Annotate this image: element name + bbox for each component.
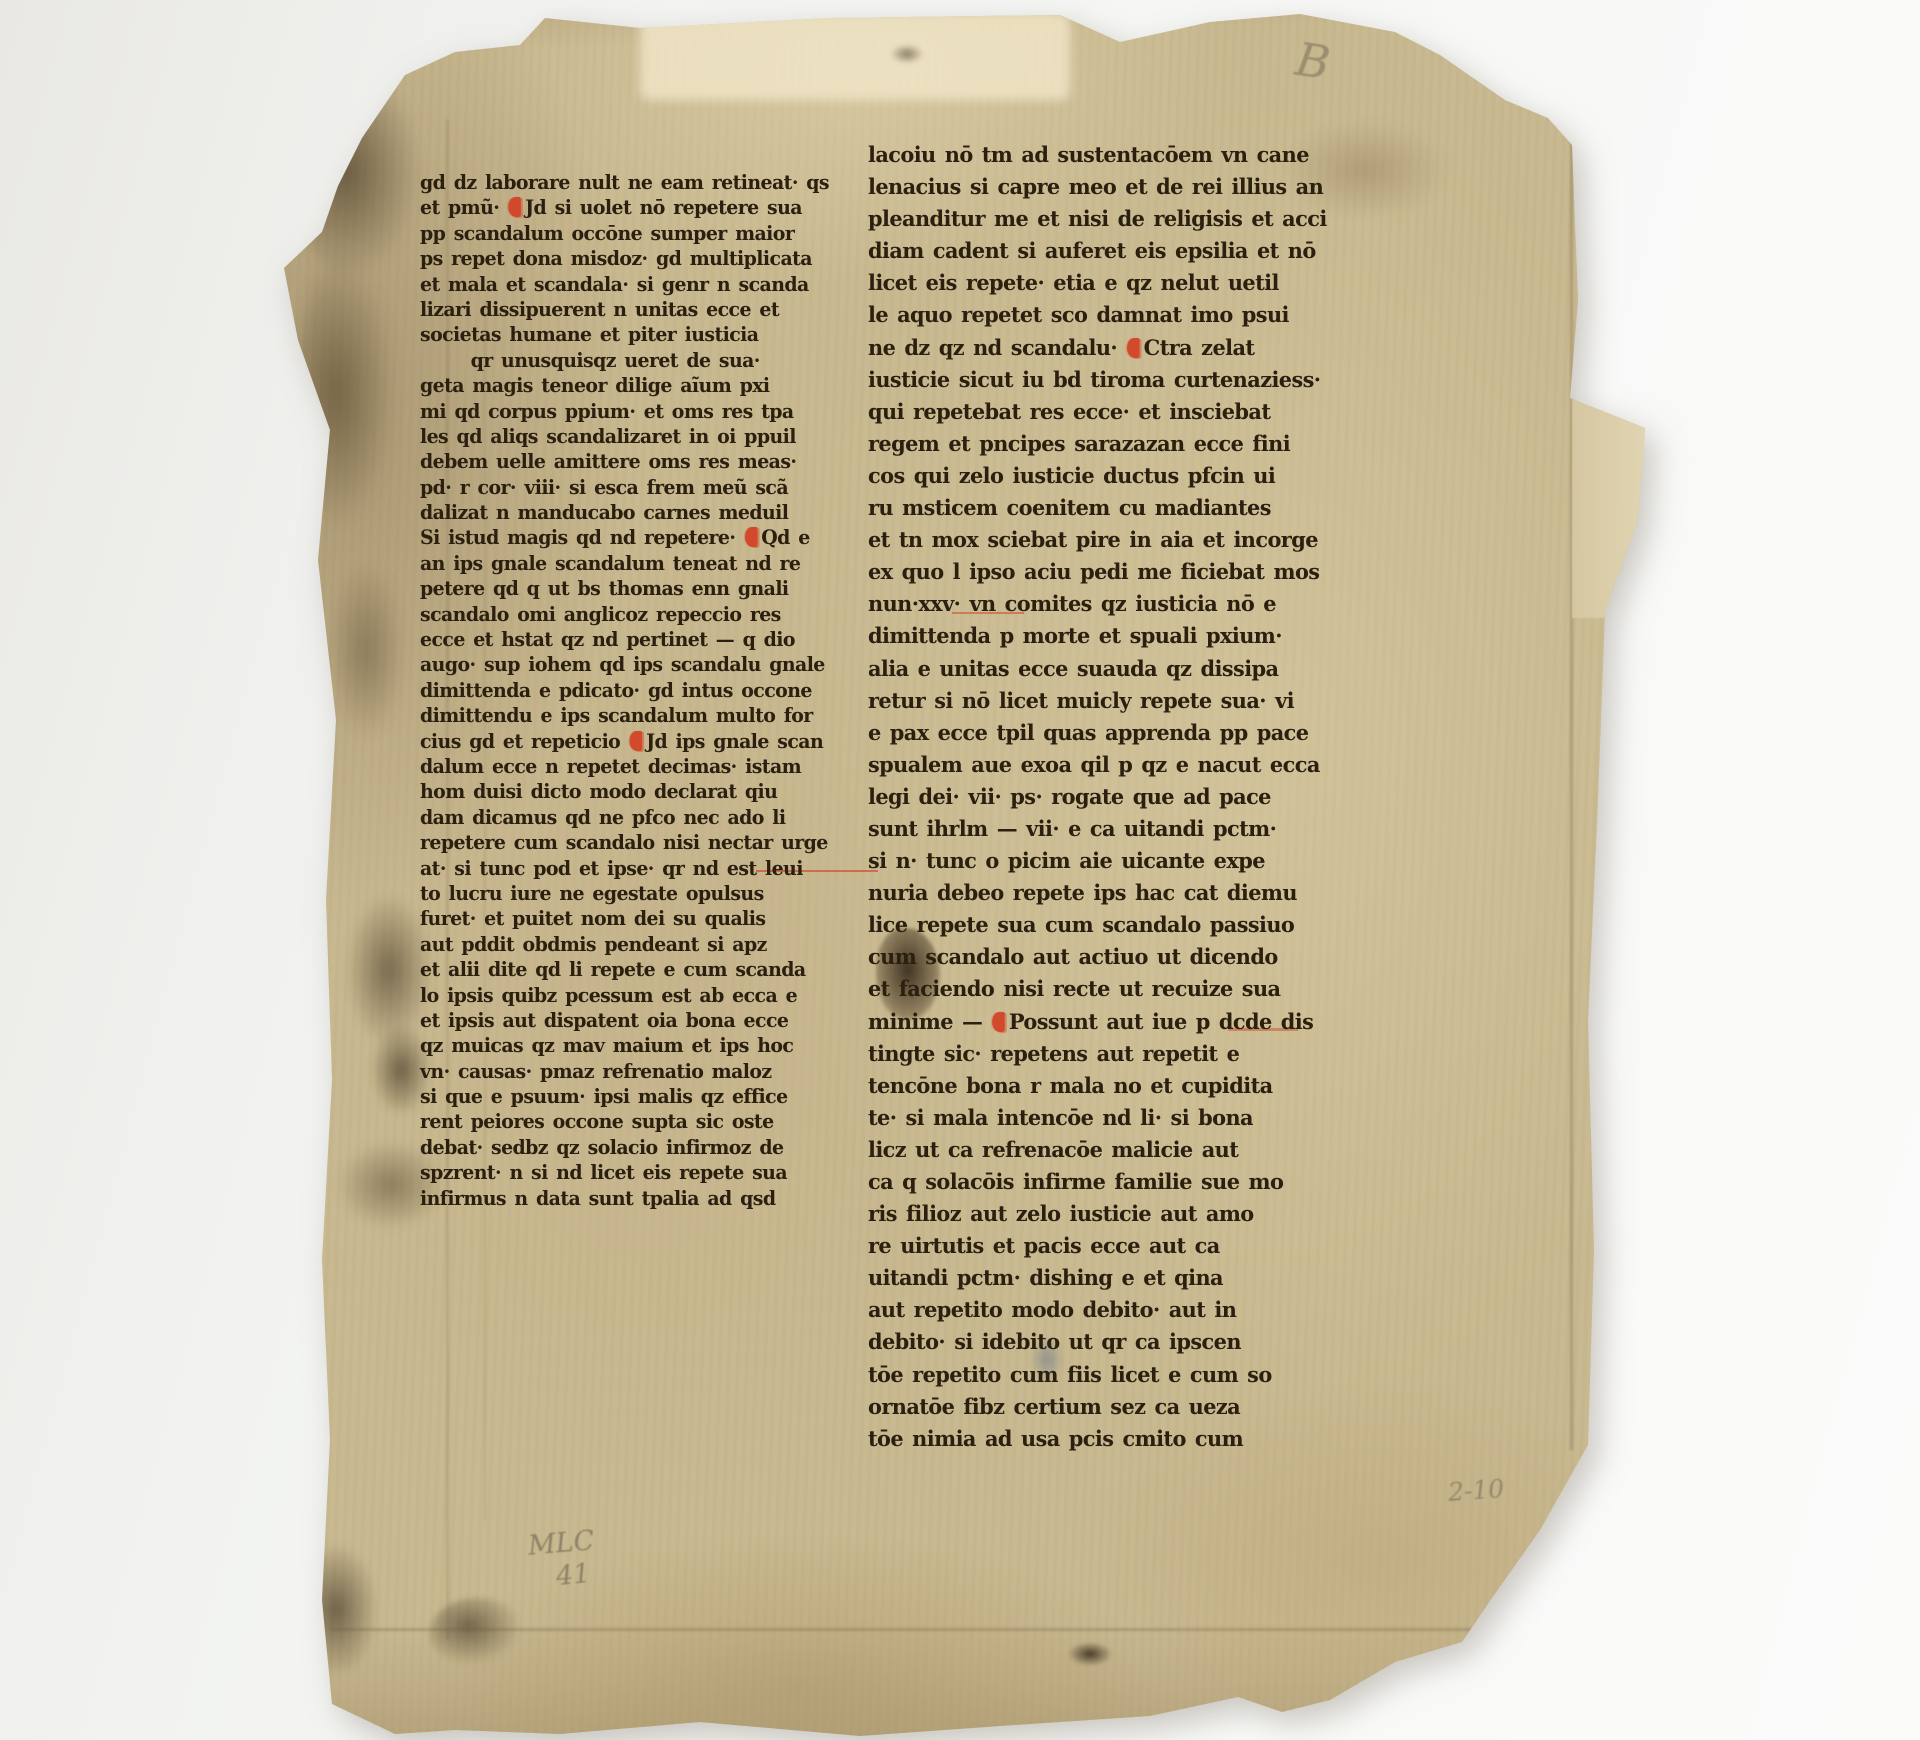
manuscript-text-line: spualem aue exoa qil p qz e nacut ecca: [868, 750, 1319, 782]
manuscript-text-line: dam dicamus qd ne pfco nec ado li: [420, 805, 858, 830]
manuscript-text-line: qr unusquisqz ueret de sua·: [420, 348, 858, 373]
manuscript-text-line: si que e psuum· ipsi malis qz effice: [420, 1084, 858, 1109]
fold-crease-right-edge: [1570, 130, 1573, 1450]
manuscript-text-line: repetere cum scandalo nisi nectar urge: [420, 830, 858, 855]
manuscript-text-line: an ips gnale scandalum teneat nd re: [420, 551, 858, 576]
manuscript-text-line: le aquo repetet sco damnat imo psui: [868, 300, 1319, 332]
pencil-shelfmark-mlc: MLC: [527, 1525, 596, 1562]
manuscript-text-line: et alii dite qd li repete e cum scanda: [420, 957, 858, 982]
manuscript-text-line: at· si tunc pod et ipse· qr nd est leui: [420, 856, 858, 881]
manuscript-text-line: si n· tunc o picim aie uicante expe: [868, 846, 1319, 878]
manuscript-text-line: cum scandalo aut actiuo ut dicendo: [868, 942, 1319, 974]
text-column-left: gd dz laborare nult ne eam retineat· qse…: [420, 170, 858, 1211]
manuscript-text-line: dalizat n manducabo carnes meduil: [420, 500, 858, 525]
manuscript-text-line: ornatōe fibz certium sez ca ueza: [868, 1392, 1319, 1424]
manuscript-text-line: licz ut ca refrenacōe malicie aut: [868, 1135, 1319, 1167]
manuscript-text-line: mi qd corpus ppium· et oms res tpa: [420, 399, 858, 424]
manuscript-text-line: nuria debeo repete ips hac cat diemu: [868, 878, 1319, 910]
manuscript-text-line: vn· causas· pmaz refrenatio maloz: [420, 1059, 858, 1084]
parchment-leaf: gd dz laborare nult ne eam retineat· qse…: [0, 0, 1920, 1740]
manuscript-text-line: ps repet dona misdoz· gd multiplicata: [420, 246, 858, 271]
ink-speck-bottom-2: [430, 1598, 526, 1668]
manuscript-text-line: alia e unitas ecce suauda qz dissipa: [868, 654, 1319, 686]
manuscript-text-line: qz muicas qz mav maium et ips hoc: [420, 1033, 858, 1058]
manuscript-text-line: les qd aliqs scandalizaret in oi ppuil: [420, 424, 858, 449]
edge-stain-2: [296, 250, 396, 530]
manuscript-text-line: nun·xxv· vn comites qz iusticia nō e: [868, 589, 1319, 621]
manuscript-text-line: aut repetito modo debito· aut in: [868, 1295, 1319, 1327]
manuscript-text-line: minime — Possunt aut iue p dcde dis: [868, 1007, 1319, 1039]
manuscript-text-line: lenacius si capre meo et de rei illius a…: [868, 172, 1319, 204]
manuscript-text-line: ca q solacōis infirme familie sue mo: [868, 1167, 1319, 1199]
manuscript-text-line: spzrent· n si nd licet eis repete sua: [420, 1160, 858, 1185]
manuscript-text-line: re uirtutis et pacis ecce aut ca: [868, 1231, 1319, 1263]
manuscript-text-line: legi dei· vii· ps· rogate que ad pace: [868, 782, 1319, 814]
manuscript-text-line: dimittenda p morte et spuali pxium·: [868, 621, 1319, 653]
ink-speck-top-center: [890, 44, 924, 64]
manuscript-text-line: Si istud magis qd nd repetere· Qd e: [420, 525, 858, 550]
manuscript-text-line: debem uelle amittere oms res meas·: [420, 449, 858, 474]
manuscript-text-line: tōe nimia ad usa pcis cmito cum: [868, 1424, 1319, 1456]
manuscript-text-line: retur si nō licet muicly repete sua· vi: [868, 686, 1319, 718]
manuscript-text-line: pleanditur me et nisi de religisis et ac…: [868, 204, 1319, 236]
text-column-right: lacoiu nō tm ad sustentacōem vn canelena…: [868, 140, 1319, 1456]
manuscript-text-line: et mala et scandala· si genr n scanda: [420, 272, 858, 297]
hem-crease-bottom: [330, 1628, 1480, 1631]
folio-letter-note: B: [1292, 32, 1334, 91]
edge-stain-1: [292, 60, 422, 280]
rubric-paraph-icon: [630, 731, 643, 751]
manuscript-text-line: tingte sic· repetens aut repetit e: [868, 1039, 1319, 1071]
manuscript-text-line: aut pddit obdmis pendeant si apz: [420, 932, 858, 957]
manuscript-text-line: ne dz qz nd scandalu· Ctra zelat: [868, 333, 1319, 365]
manuscript-text-line: cius gd et repeticio Jd ips gnale scan: [420, 729, 858, 754]
manuscript-text-line: to lucru iure ne egestate opulsus: [420, 881, 858, 906]
manuscript-text-line: debat· sedbz qz solacio infirmoz de: [420, 1135, 858, 1160]
rubric-paraph-icon: [1127, 338, 1140, 358]
manuscript-text-line: societas humane et piter iusticia: [420, 322, 858, 347]
manuscript-text-line: dimittendu e ips scandalum multo for: [420, 703, 858, 728]
rubric-paraph-icon: [509, 197, 522, 217]
edge-stain-7: [300, 1540, 380, 1680]
rubric-paraph-icon: [745, 527, 758, 547]
manuscript-text-line: sunt ihrlm — vii· e ca uitandi pctm·: [868, 814, 1319, 846]
manuscript-text-line: rent peiores occone supta sic oste: [420, 1109, 858, 1134]
manuscript-text-line: lacoiu nō tm ad sustentacōem vn cane: [868, 140, 1319, 172]
manuscript-text-line: dimittenda e pdicato· gd intus occone: [420, 678, 858, 703]
manuscript-text-line: pp scandalum occōne sumper maior: [420, 221, 858, 246]
manuscript-text-line: uitandi pctm· dishing e et qina: [868, 1263, 1319, 1295]
manuscript-text-line: et ipsis aut dispatent oia bona ecce: [420, 1008, 858, 1033]
manuscript-text-line: iusticie sicut iu bd tiroma curtenaziess…: [868, 365, 1319, 397]
manuscript-text-line: e pax ecce tpil quas apprenda pp pace: [868, 718, 1319, 750]
manuscript-text-line: ris filioz aut zelo iusticie aut amo: [868, 1199, 1319, 1231]
manuscript-text-line: qui repetebat res ecce· et insciebat: [868, 397, 1319, 429]
repair-patch: [640, 12, 1070, 100]
edge-stain-3: [326, 560, 406, 740]
manuscript-text-line: te· si mala intencōe nd li· si bona: [868, 1103, 1319, 1135]
manuscript-text-line: geta magis teneor dilige aĩum pxi: [420, 373, 858, 398]
manuscript-text-line: ex quo l ipso aciu pedi me ficiebat mos: [868, 557, 1319, 589]
manuscript-text-line: cos qui zelo iusticie ductus pfcin ui: [868, 461, 1319, 493]
pencil-shelfmark-41: 41: [554, 1558, 591, 1592]
manuscript-text-line: tencōne bona r mala no et cupidita: [868, 1071, 1319, 1103]
manuscript-text-line: lo ipsis quibz pcessum est ab ecca e: [420, 983, 858, 1008]
manuscript-text-line: hom duisi dicto modo declarat qiu: [420, 779, 858, 804]
manuscript-text-line: et pmũ· Jd si uolet nō repetere sua: [420, 195, 858, 220]
manuscript-photo: gd dz laborare nult ne eam retineat· qse…: [0, 0, 1920, 1740]
manuscript-text-line: furet· et puitet nom dei su qualis: [420, 906, 858, 931]
manuscript-text-line: et tn mox sciebat pire in aia et incorge: [868, 525, 1319, 557]
manuscript-text-line: lizari dissipuerent n unitas ecce et: [420, 297, 858, 322]
manuscript-text-line: ecce et hstat qz nd pertinet — q dio: [420, 627, 858, 652]
manuscript-text-line: et faciendo nisi recte ut recuize sua: [868, 974, 1319, 1006]
ink-speck-bottom-1: [1068, 1642, 1112, 1666]
manuscript-text-line: petere qd q ut bs thomas enn gnali: [420, 576, 858, 601]
manuscript-text-line: tōe repetito cum fiis licet e cum so: [868, 1360, 1319, 1392]
manuscript-text-line: diam cadent si auferet eis epsilia et nō: [868, 236, 1319, 268]
manuscript-text-line: pd· r cor· viii· si esca frem meũ scã: [420, 475, 858, 500]
manuscript-text-line: infirmus n data sunt tpalia ad qsd: [420, 1186, 858, 1211]
right-flap: [1572, 398, 1646, 618]
manuscript-text-line: lice repete sua cum scandalo passiuo: [868, 910, 1319, 942]
parchment-shadow-wrap: gd dz laborare nult ne eam retineat· qse…: [0, 0, 1920, 1740]
pencil-shelfmark-2-10: 2-10: [1447, 1474, 1505, 1507]
manuscript-text-line: scandalo omi anglicoz repeccio res: [420, 602, 858, 627]
manuscript-text-line: licet eis repete· etia e qz nelut uetil: [868, 268, 1319, 300]
manuscript-text-line: gd dz laborare nult ne eam retineat· qs: [420, 170, 858, 195]
manuscript-text-line: debito· si idebito ut qr ca ipscen: [868, 1327, 1319, 1359]
manuscript-text-line: augo· sup iohem qd ips scandalu gnale: [420, 652, 858, 677]
manuscript-text-line: regem et pncipes sarazazan ecce fini: [868, 429, 1319, 461]
manuscript-text-line: dalum ecce n repetet decimas· istam: [420, 754, 858, 779]
rubric-paraph-icon: [992, 1012, 1005, 1032]
manuscript-text-line: ru msticem coenitem cu madiantes: [868, 493, 1319, 525]
